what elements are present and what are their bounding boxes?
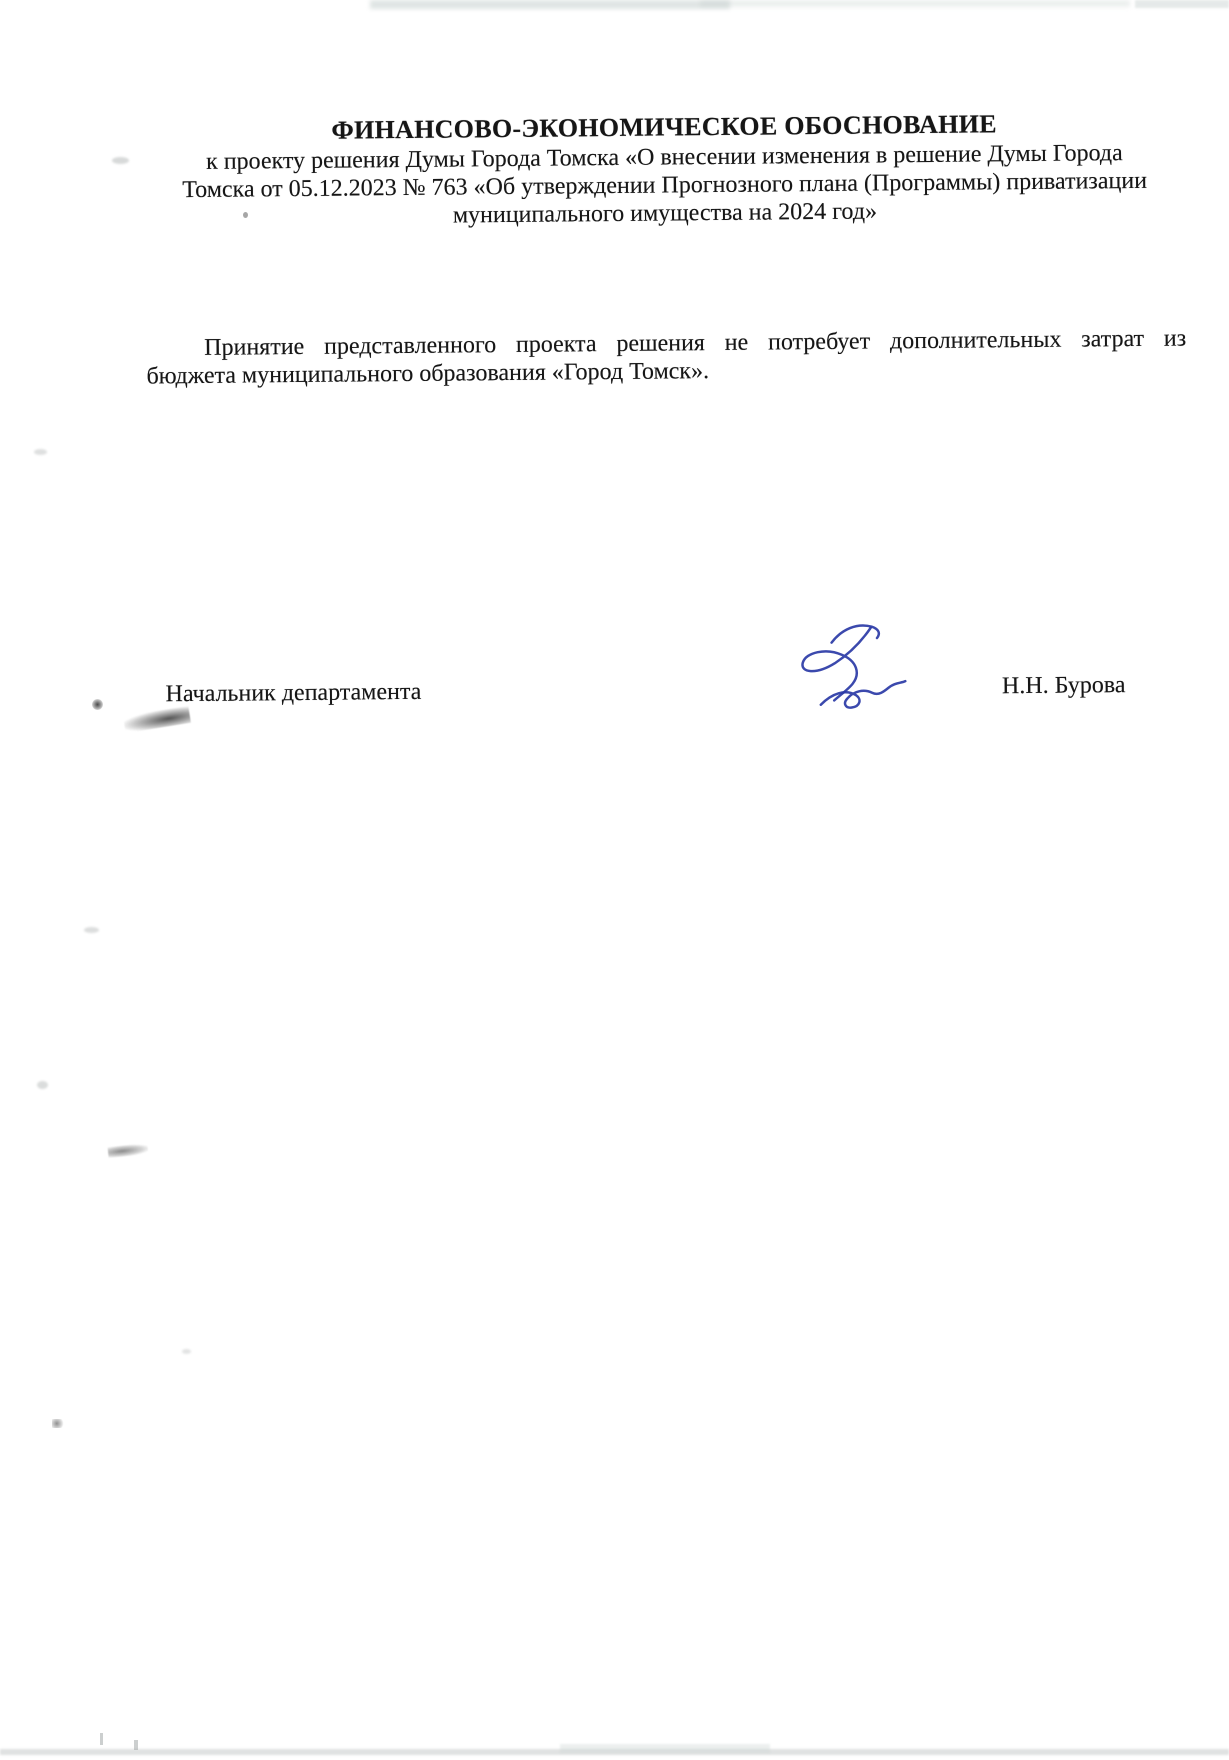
signer-position-title: Начальник департамента bbox=[165, 678, 421, 708]
signer-name: Н.Н. Бурова bbox=[1002, 671, 1126, 700]
document-content: ФИНАНСОВО-ЭКОНОМИЧЕСКОЕ ОБОСНОВАНИЕ к пр… bbox=[0, 0, 1229, 1760]
scanned-document-page: ФИНАНСОВО-ЭКОНОМИЧЕСКОЕ ОБОСНОВАНИЕ к пр… bbox=[0, 0, 1229, 1760]
text-column: ФИНАНСОВО-ЭКОНОМИЧЕСКОЕ ОБОСНОВАНИЕ к пр… bbox=[143, 0, 1183, 4]
signature-row: Начальник департамента Н.Н. Бурова bbox=[149, 670, 1189, 708]
body-paragraph: Принятие представленного проекта решения… bbox=[146, 324, 1186, 390]
document-header: ФИНАНСОВО-ЭКОНОМИЧЕСКОЕ ОБОСНОВАНИЕ к пр… bbox=[144, 107, 1185, 233]
handwritten-signature-icon bbox=[785, 617, 910, 718]
